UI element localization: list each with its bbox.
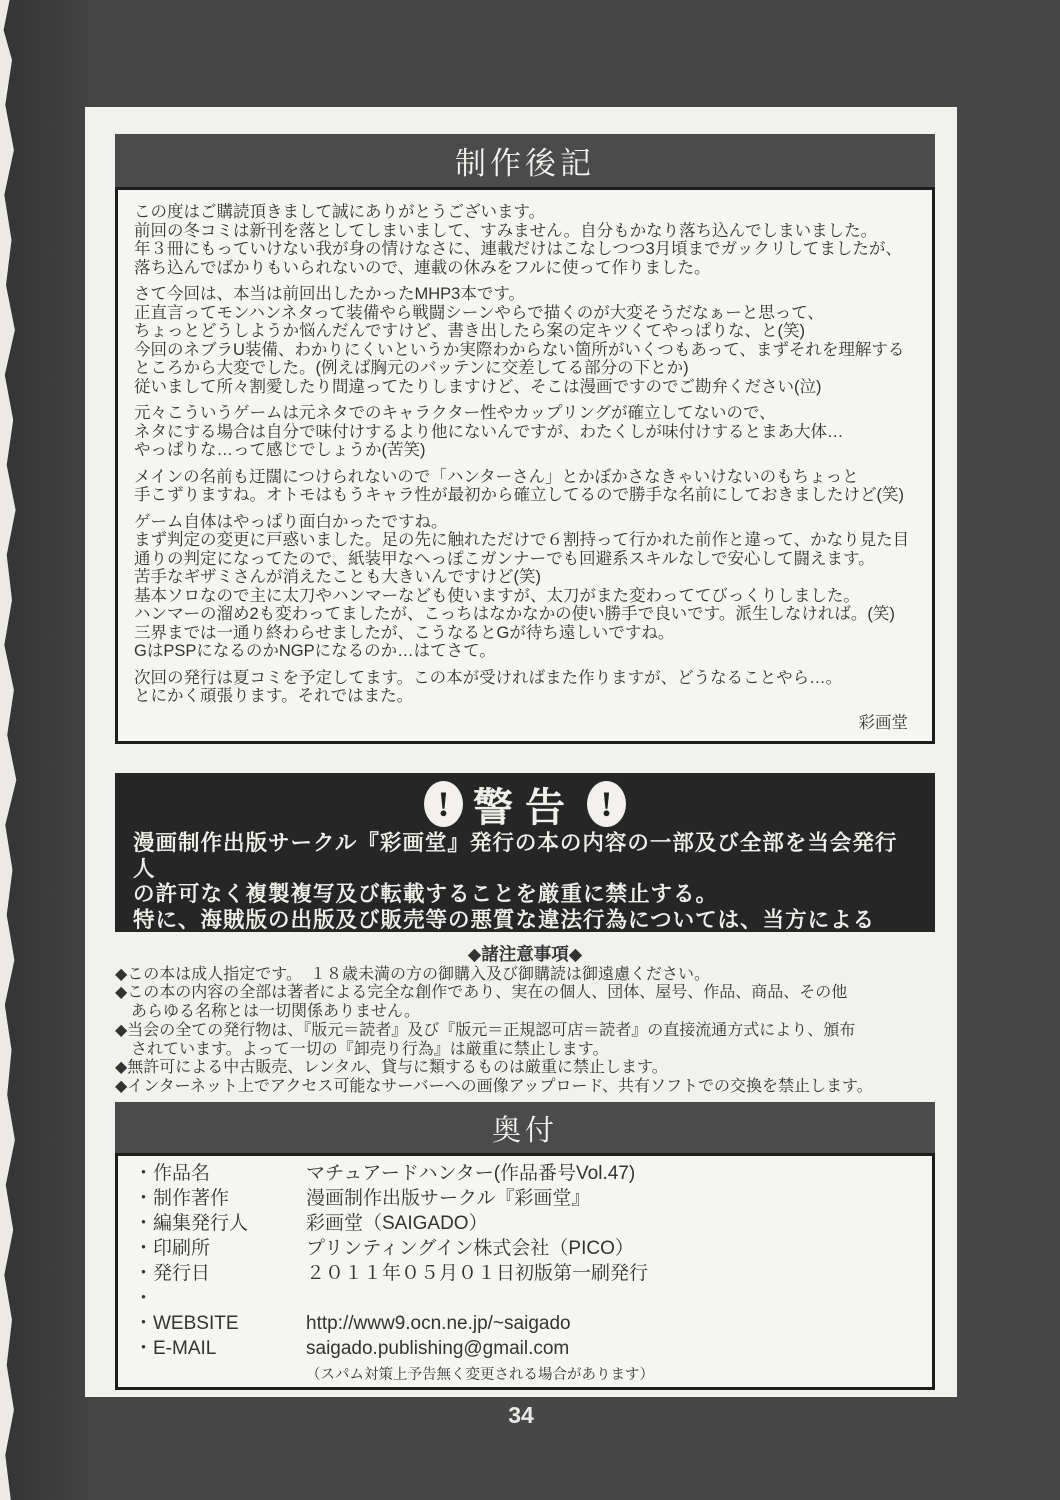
colophon-row: ・印刷所 プリンティングイン株式会社（PICO）	[134, 1236, 922, 1261]
colophon-value: ２０１１年０５月０１日初版第一刷発行	[306, 1261, 648, 1286]
colophon-label: ・編集発行人	[134, 1211, 306, 1236]
colophon-row: ・編集発行人 彩画堂（SAIGADO）	[134, 1211, 922, 1236]
colophon-row: ・作品名 マチュアードハンター(作品番号Vol.47)	[134, 1161, 922, 1186]
text-line: 従いまして所々割愛したり間違ってたりしますけど、そこは漫画ですのでご勘弁ください…	[134, 378, 918, 397]
page-number: 34	[85, 1402, 957, 1429]
colophon-value-email: saigado.publishing@gmail.com （スパム対策上予告無く…	[306, 1336, 922, 1388]
text-line: 落ち込んでばかりもいられないので、連載の休みをフルに使って作りました。	[134, 259, 918, 278]
text-line: ハンマーの溜め2も変わってましたが、こっちはなかなかの使い勝手で良いです。派生し…	[134, 605, 918, 624]
colophon-value: プリンティングイン株式会社（PICO）	[306, 1236, 634, 1261]
colophon-row: ・WEBSITE http://www9.ocn.ne.jp/~saigado	[134, 1311, 922, 1336]
text-line: 元々こういうゲームは元ネタでのキャラクター性やカップリングが確立してないので、	[134, 404, 918, 423]
text-line: この度はご購読頂きまして誠にありがとうございます。	[134, 203, 918, 222]
colophon-row: ・発行日 ２０１１年０５月０１日初版第一刷発行	[134, 1261, 922, 1286]
colophon-label: ・作品名	[134, 1161, 306, 1186]
notice-line: あらゆる名称とは一切関係ありません。	[115, 1003, 935, 1022]
text-line: 今回のネブラU装備、わかりにくいというか実際わからない箇所がいくつもあって、まず…	[134, 341, 918, 360]
colophon-label: ・発行日	[134, 1261, 306, 1286]
colophon-label: ・印刷所	[134, 1236, 306, 1261]
colophon-value-website: http://www9.ocn.ne.jp/~saigado	[306, 1311, 571, 1336]
email-address: saigado.publishing@gmail.com	[306, 1338, 569, 1359]
email-note: （スパム対策上予告無く変更される場合があります）	[306, 1367, 654, 1383]
notices-header: ◆諸注意事項◆	[115, 945, 935, 964]
text-line: とにかく頑張ります。それではまた。	[134, 687, 918, 706]
text-line: ちょっとどうしようか悩んだんですけど、書き出したら案の定キツくてやっぱりな、と(…	[134, 322, 918, 341]
notice-line: ◆この本は成人指定です。 １８歳未満の方の御購入及び御購読は御遠慮ください。	[115, 966, 935, 985]
text-line: 次回の発行は夏コミを予定してます。この本が受ければまた作りますが、どうなることや…	[134, 669, 918, 688]
text-line: 手こずりますね。オトモはもうキャラ性が最初から確立してるので勝手な名前にしておき…	[134, 486, 918, 505]
text-line: ところから大変でした。(例えば胸元のバッテンに交差してる部分の下とか)	[134, 359, 918, 378]
colophon-label: ・制作著作	[134, 1186, 306, 1211]
text-line: メインの名前も迂闊につけられないので「ハンターさん」とかぼかさなきゃいけないのも…	[134, 468, 918, 487]
text-line: の許可なく複製複写及び転載することを厳重に禁止する。	[133, 882, 917, 908]
warning-box: ! 警告 ! 漫画制作出版サークル『彩画堂』発行の本の内容の一部及び全部を当会発…	[115, 773, 935, 932]
exclamation-icon: !	[424, 781, 463, 827]
colophon-value: 漫画制作出版サークル『彩画堂』	[306, 1186, 590, 1211]
text-line: 苦手なギザミさんが消えたことも大きいんですけど(笑)	[134, 568, 918, 587]
afterword-title: 制作後記	[455, 138, 595, 183]
exclamation-icon: !	[587, 781, 626, 827]
colophon-box: ・作品名 マチュアードハンター(作品番号Vol.47) ・制作著作 漫画制作出版…	[115, 1153, 935, 1390]
afterword-paragraph: 元々こういうゲームは元ネタでのキャラクター性やカップリングが確立してないので、 …	[134, 404, 918, 460]
text-line: 三界までは一通り終わらせましたが、こうなるとGが待ち遠しいですね。	[134, 624, 918, 643]
colophon-label: ・	[134, 1286, 306, 1311]
warning-title-text: 警告	[473, 776, 577, 833]
notice-line: ◆インターネット上でアクセス可能なサーバーへの画像アップロード、共有ソフトでの交…	[115, 1078, 935, 1097]
text-line: 特に、海賊版の出版及び販売等の悪質な違法行為については、当方による	[133, 908, 917, 933]
text-line: 年３冊にもっていけない我が身の情けなさに、連載だけはこなしつつ3月頃までガックリ…	[134, 240, 918, 259]
colophon-value: 彩画堂（SAIGADO）	[306, 1211, 488, 1236]
text-line: さて今回は、本当は前回出したかったMHP3本です。	[134, 285, 918, 304]
notices-section: ◆諸注意事項◆ ◆この本は成人指定です。 １８歳未満の方の御購入及び御購読は御遠…	[115, 945, 935, 1097]
notice-line: ◆この本の内容の全部は著者による完全な創作であり、実在の個人、団体、屋号、作品、…	[115, 984, 935, 1003]
colophon-title: 奥付	[492, 1108, 558, 1149]
notice-line: ◆無許可による中古販売、レンタル、貸与に類するものは厳重に禁止します。	[115, 1059, 935, 1078]
text-line: GはPSPになるのかNGPになるのか…はてさて。	[134, 642, 918, 661]
text-line: 前回の冬コミは新刊を落としてしまいまして、すみません。自分もかなり落ち込んでしま…	[134, 222, 918, 241]
afterword-paragraph: ゲーム自体はやっぱり面白かったですね。 まず判定の変更に戸惑いました。足の先に触…	[134, 513, 918, 661]
colophon-label: ・E-MAIL	[134, 1336, 306, 1388]
colophon-row: ・E-MAIL saigado.publishing@gmail.com （スパ…	[134, 1336, 922, 1388]
text-line: ゲーム自体はやっぱり面白かったですね。	[134, 513, 918, 532]
colophon-title-bar: 奥付	[115, 1102, 935, 1155]
afterword-paragraph: 次回の発行は夏コミを予定してます。この本が受ければまた作りますが、どうなることや…	[134, 669, 918, 706]
text-line: やっぱりな…って感じでしょうか(苦笑)	[134, 441, 918, 460]
author-signature: 彩画堂	[134, 714, 918, 733]
scanned-doujinshi-page: 制作後記 この度はご購読頂きまして誠にありがとうございます。 前回の冬コミは新刊…	[0, 0, 1060, 1500]
colophon-row: ・	[134, 1286, 922, 1311]
copyright-line: ©2011 Saigado publishing / Printed in TO…	[134, 1389, 922, 1390]
afterword-paragraph: さて今回は、本当は前回出したかったMHP3本です。 正直言ってモンハンネタって装…	[134, 285, 918, 396]
afterword-title-bar: 制作後記	[115, 134, 935, 187]
afterword-paragraph: メインの名前も迂闊につけられないので「ハンターさん」とかぼかさなきゃいけないのも…	[134, 468, 918, 505]
afterword-paragraph: この度はご購読頂きまして誠にありがとうございます。 前回の冬コミは新刊を落として…	[134, 203, 918, 277]
text-line: 正直言ってモンハンネタって装備やら戦闘シーンやらで描くのが大変そうだなぁーと思っ…	[134, 304, 918, 323]
afterword-text-box: この度はご購読頂きまして誠にありがとうございます。 前回の冬コミは新刊を落として…	[115, 187, 935, 744]
text-line: 基本ソロなので主に太刀やハンマーなども使いますが、太刀がまた変わっててびっくりし…	[134, 587, 918, 606]
text-line: 漫画制作出版サークル『彩画堂』発行の本の内容の一部及び全部を当会発行人	[133, 831, 917, 882]
notice-line: されています。よって一切の『卸売り行為』は厳重に禁止します。	[115, 1041, 935, 1060]
text-line: 通りの判定になってたので、紙装甲なへっぽこガンナーでも回避系スキルなしで安心して…	[134, 550, 918, 569]
colophon-row: ・制作著作 漫画制作出版サークル『彩画堂』	[134, 1186, 922, 1211]
torn-paper-edge	[0, 0, 24, 1500]
colophon-value: マチュアードハンター(作品番号Vol.47)	[306, 1161, 635, 1186]
colophon-label: ・WEBSITE	[134, 1311, 306, 1336]
text-line: ネタにする場合は自分で味付けするより他にないんですが、わたくしが味付けするとまあ…	[134, 423, 918, 442]
warning-title: ! 警告 !	[133, 777, 917, 831]
text-line: まず判定の変更に戸惑いました。足の先に触れただけで６割持って行かれた前作と違って…	[134, 531, 918, 550]
warning-text: 漫画制作出版サークル『彩画堂』発行の本の内容の一部及び全部を当会発行人 の許可な…	[133, 831, 917, 932]
notice-line: ◆当会の全ての発行物は、『版元＝読者』及び『版元＝正規認可店＝読者』の直接流通方…	[115, 1022, 935, 1041]
content-panel: 制作後記 この度はご購読頂きまして誠にありがとうございます。 前回の冬コミは新刊…	[85, 107, 957, 1397]
